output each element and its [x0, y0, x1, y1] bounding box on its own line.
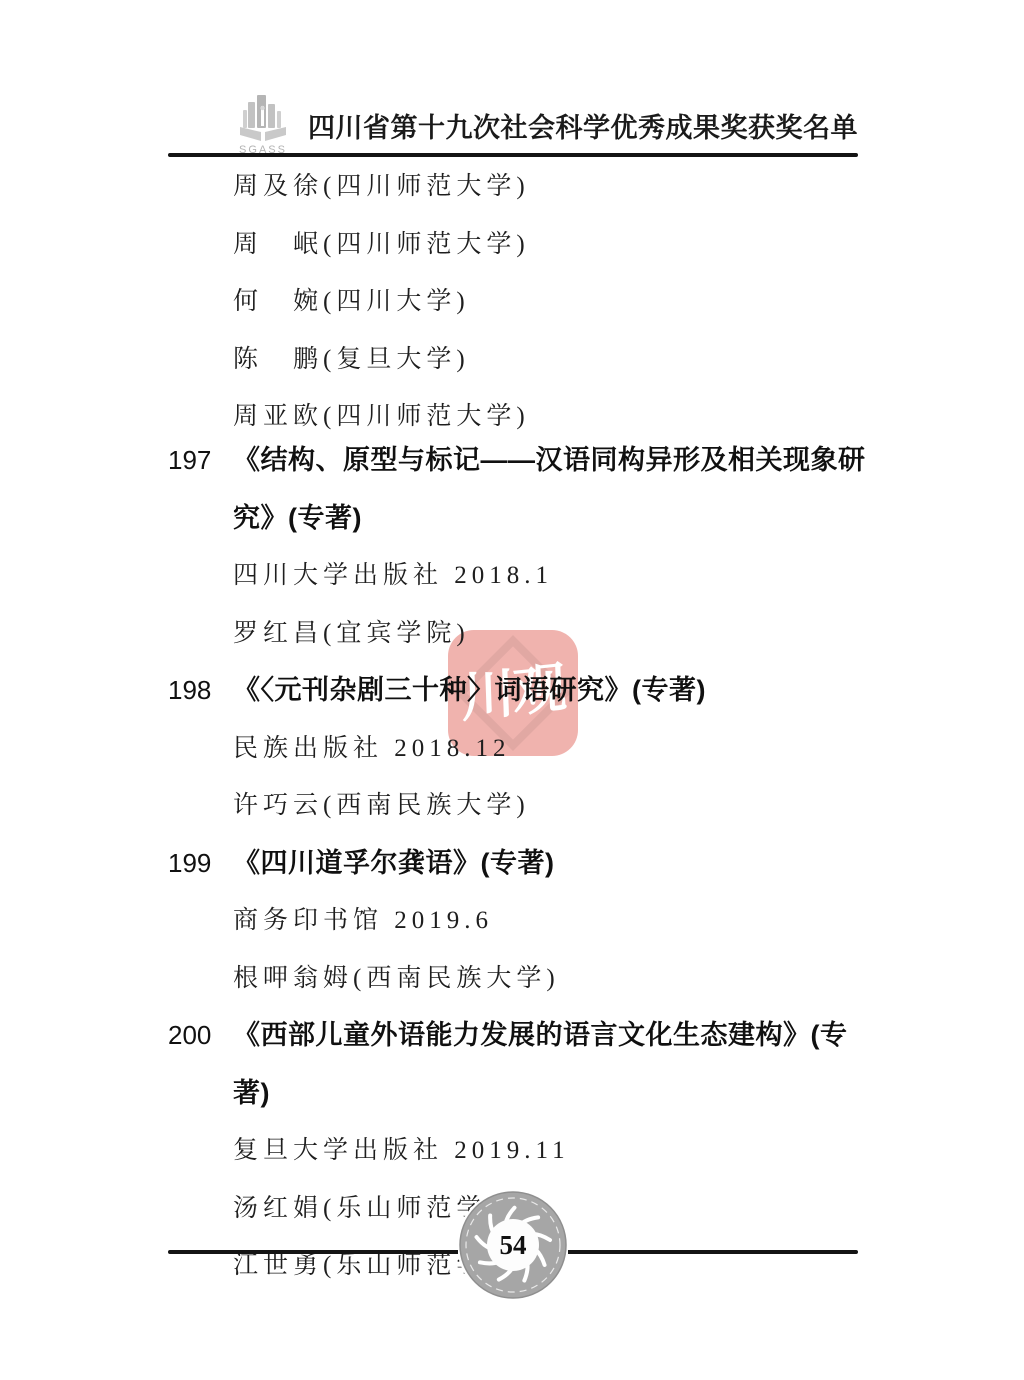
entry-author: 罗红昌(宜宾学院): [233, 605, 888, 663]
author-line: 陈 鹏(复旦大学): [233, 331, 530, 389]
entry-number: 197: [168, 432, 233, 490]
sunbird-page-ornament: 54: [458, 1190, 568, 1300]
entry-publisher: 民族出版社 2018.12: [233, 720, 888, 778]
entry-publisher: 复旦大学出版社 2019.11: [233, 1122, 888, 1180]
entry-title-row: 200《西部儿童外语能力发展的语言文化生态建构》(专著): [168, 1007, 888, 1122]
author-line: 周 岷(四川师范大学): [233, 216, 530, 274]
entry-number: 199: [168, 835, 233, 893]
entry-author: 根呷翁姆(西南民族大学): [233, 950, 888, 1008]
continuation-author-list: 周及徐(四川师范大学)周 岷(四川师范大学)何 婉(四川大学)陈 鹏(复旦大学)…: [233, 158, 530, 446]
author-line: 何 婉(四川大学): [233, 273, 530, 331]
entry-title-row: 197《结构、原型与标记——汉语同构异形及相关现象研究》(专著): [168, 432, 888, 547]
sgass-logo-icon: [234, 94, 292, 142]
award-entry: 198《〈元刊杂剧三十种〉词语研究》(专著)民族出版社 2018.12许巧云(西…: [168, 662, 888, 835]
award-entry: 199《四川道孚尔龚语》(专著)商务印书馆 2019.6根呷翁姆(西南民族大学): [168, 835, 888, 1008]
page-number: 54: [500, 1230, 527, 1260]
entry-title: 《四川道孚尔龚语》(专著): [233, 835, 883, 893]
entry-title: 《西部儿童外语能力发展的语言文化生态建构》(专著): [233, 1007, 883, 1122]
award-entry-list: 197《结构、原型与标记——汉语同构异形及相关现象研究》(专著)四川大学出版社 …: [168, 432, 888, 1295]
entry-publisher: 四川大学出版社 2018.1: [233, 547, 888, 605]
entry-title: 《结构、原型与标记——汉语同构异形及相关现象研究》(专著): [233, 432, 883, 547]
page-title: 四川省第十九次社会科学优秀成果奖获奖名单: [308, 106, 858, 145]
author-line: 周及徐(四川师范大学): [233, 158, 530, 216]
entry-author: 许巧云(西南民族大学): [233, 777, 888, 835]
award-entry: 197《结构、原型与标记——汉语同构异形及相关现象研究》(专著)四川大学出版社 …: [168, 432, 888, 662]
entry-title-row: 198《〈元刊杂剧三十种〉词语研究》(专著): [168, 662, 888, 720]
entry-number: 200: [168, 1007, 233, 1065]
entry-title-row: 199《四川道孚尔龚语》(专著): [168, 835, 888, 893]
entry-publisher: 商务印书馆 2019.6: [233, 892, 888, 950]
header-rule: [168, 153, 858, 157]
entry-title: 《〈元刊杂剧三十种〉词语研究》(专著): [233, 662, 883, 720]
document-page: 川观 SGASS 四川省第十九次社会科学优秀成果奖获奖名单 周及徐(四川师范大学…: [0, 0, 1024, 1380]
entry-number: 198: [168, 662, 233, 720]
